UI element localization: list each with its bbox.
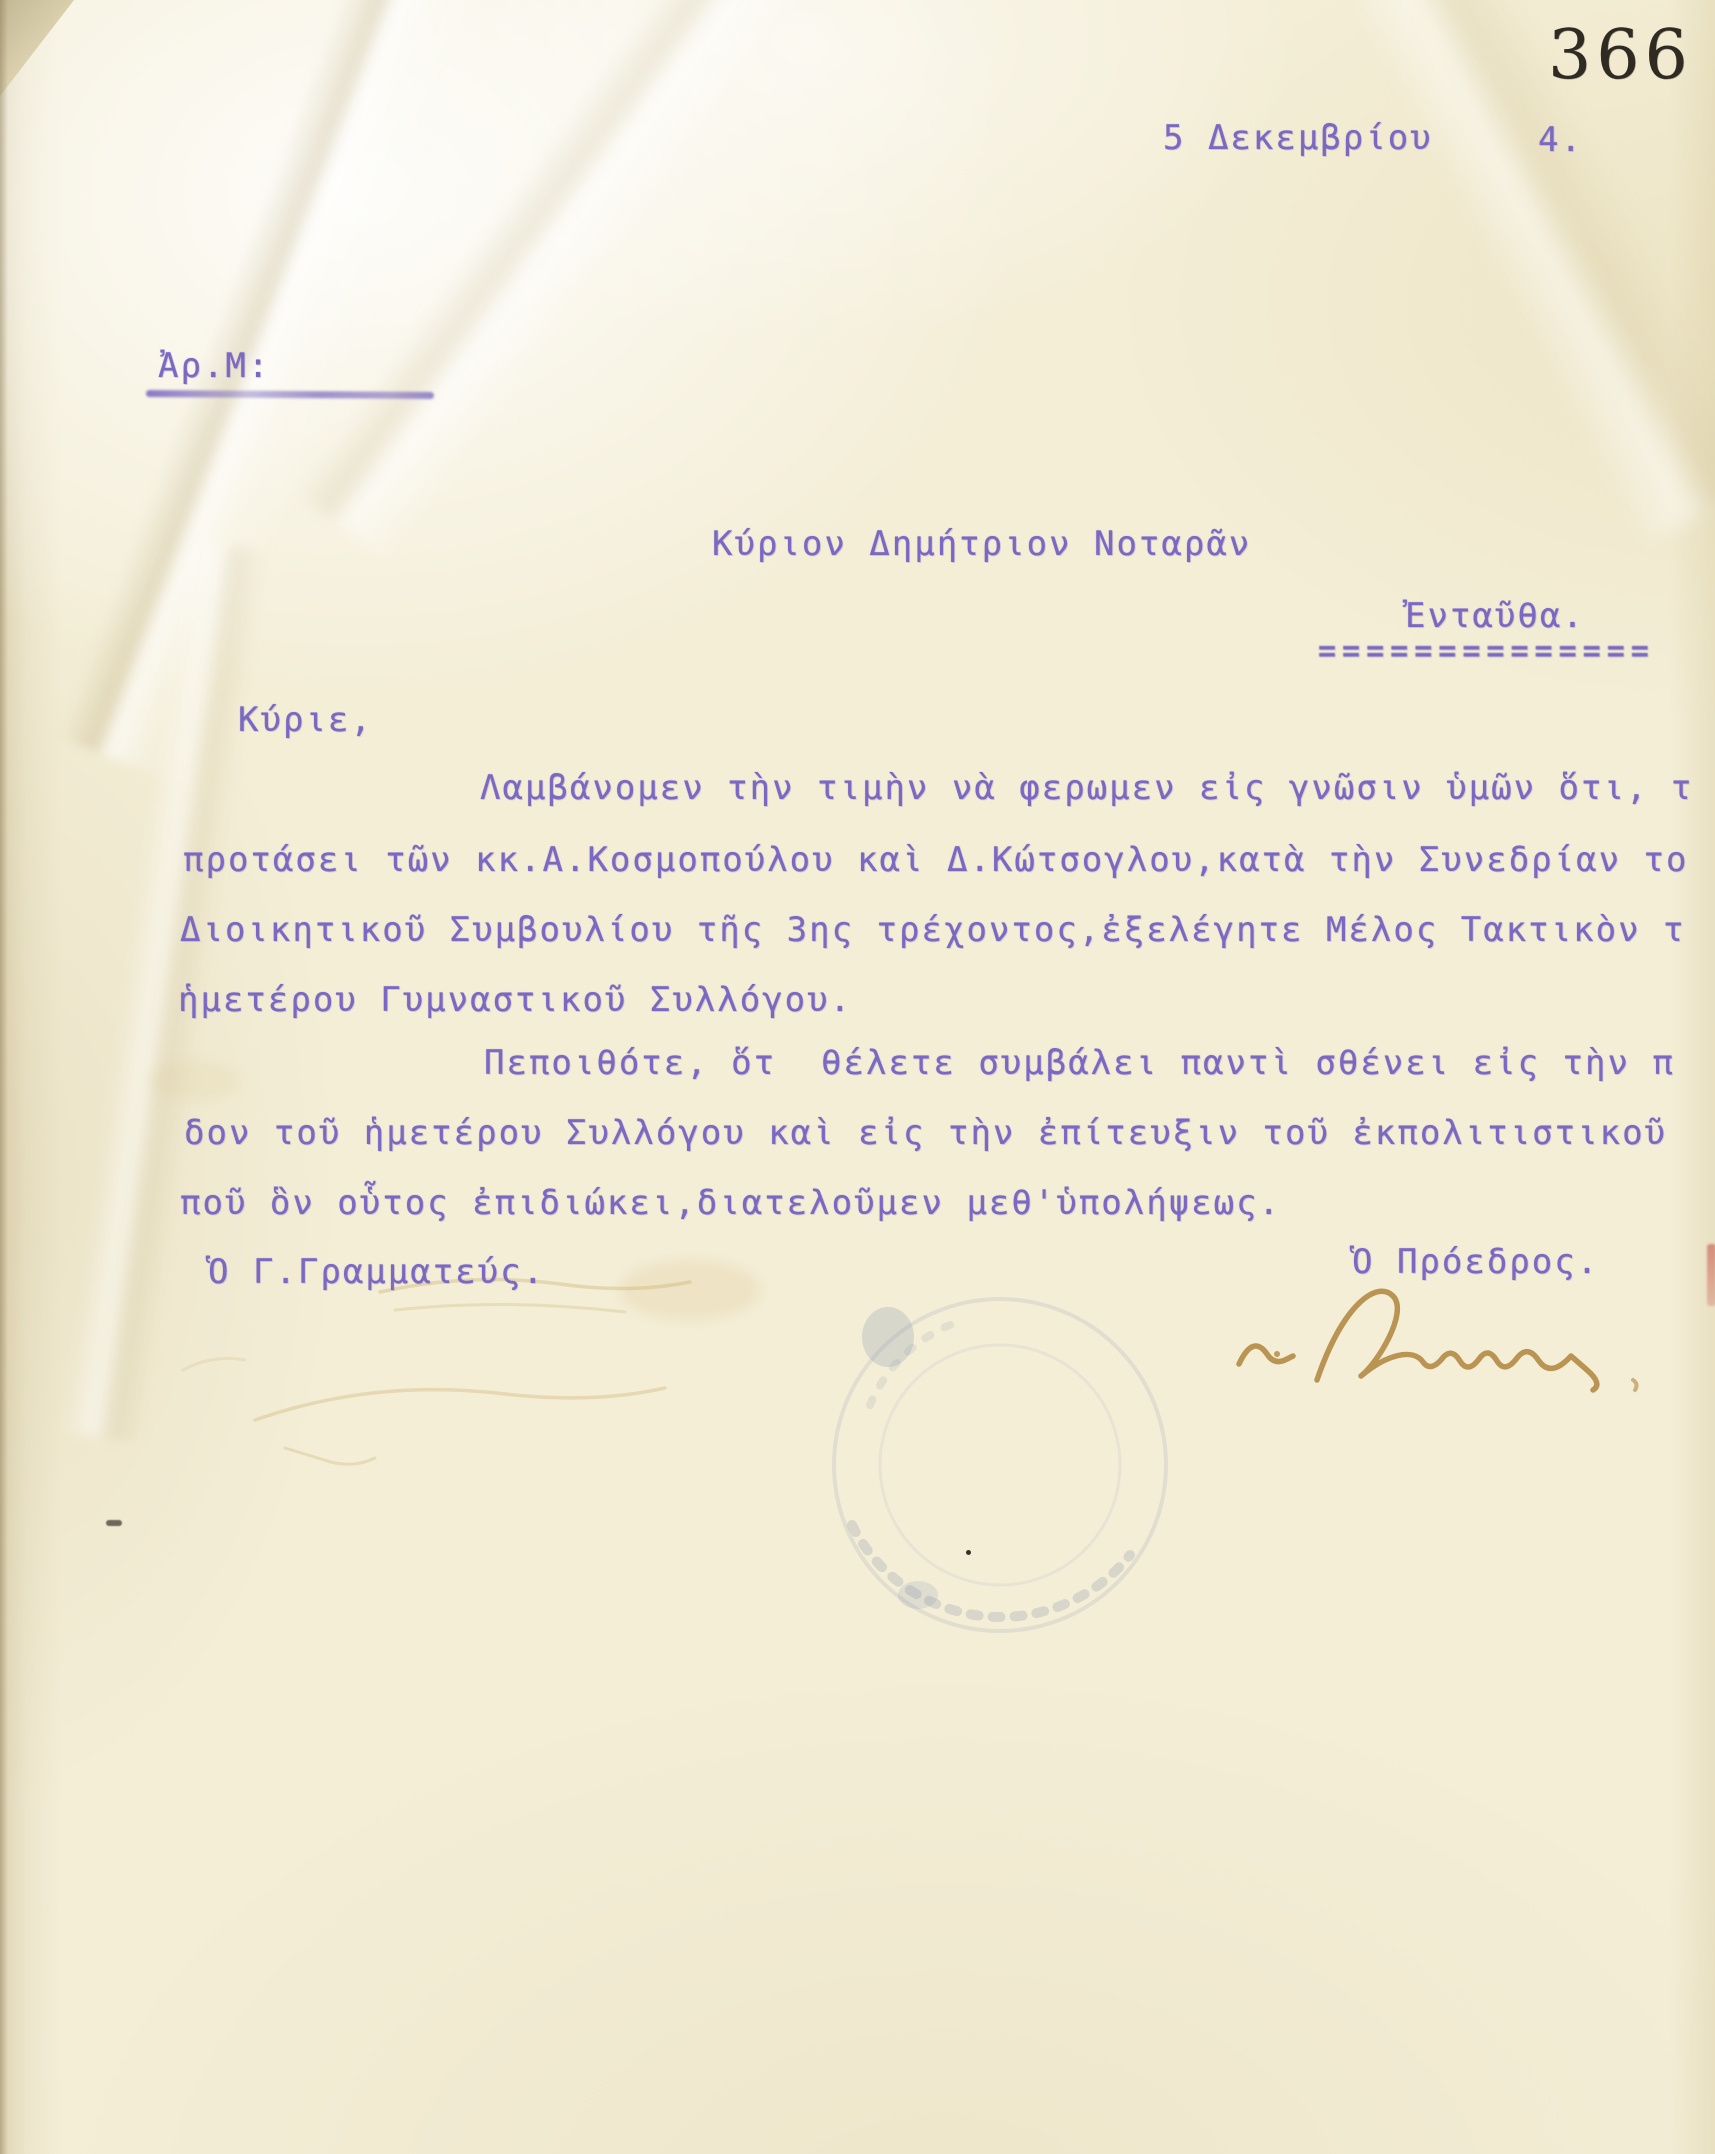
secretary-signature-title: Ὁ Γ.Γραμματεύς.	[208, 1252, 545, 1292]
body-line: προτάσει τῶν κκ.Α.Κοσμοπούλου καὶ Δ.Κώτσ…	[183, 840, 1688, 880]
president-signature-title: Ὁ Πρόεδρος.	[1352, 1242, 1599, 1282]
salutation: Κύριε,	[238, 700, 373, 740]
body-line: Διοικητικοῦ Συμβουλίου τῆς 3ης τρέχοντος…	[180, 910, 1685, 950]
reference-underline	[146, 390, 434, 399]
ink-dot	[966, 1550, 971, 1555]
body-line: ἡμετέρου Γυμναστικοῦ Συλλόγου.	[178, 980, 852, 1020]
place-line: Ἐνταῦθα.	[1405, 596, 1585, 636]
letter-content: 366 5 Δεκεμβρίου 4. Ἀρ.Μ: Κύριον Δημήτρι…	[0, 0, 1715, 2154]
place-underline: ==============	[1318, 634, 1655, 669]
margin-mark	[106, 1520, 122, 1526]
date: 5 Δεκεμβρίου	[1163, 118, 1433, 158]
body-line: δον τοῦ ἡμετέρου Συλλόγου καὶ εἰς τὴν ἐπ…	[184, 1113, 1667, 1153]
red-edge-mark	[1707, 1244, 1715, 1306]
date-year: 4.	[1538, 120, 1583, 160]
body-line: ποῦ ὃν οὗτος ἐπιδιώκει,διατελοῦμεν μεθ'ὑ…	[180, 1183, 1281, 1223]
reference-number-label: Ἀρ.Μ:	[158, 346, 270, 386]
body-line: Πεποιθότε, ὅτ θέλετε συμβάλει παντὶ σθέν…	[484, 1043, 1675, 1083]
addressee-line: Κύριον Δημήτριον Νοταρᾶν	[712, 524, 1251, 564]
scanned-letter-page: 366 5 Δεκεμβρίου 4. Ἀρ.Μ: Κύριον Δημήτρι…	[0, 0, 1715, 2154]
body-line: Λαμβάνομεν τὴν τιμὴν νὰ φερωμεν εἰς γνῶσ…	[480, 768, 1693, 808]
page-number: 366	[1548, 16, 1693, 95]
